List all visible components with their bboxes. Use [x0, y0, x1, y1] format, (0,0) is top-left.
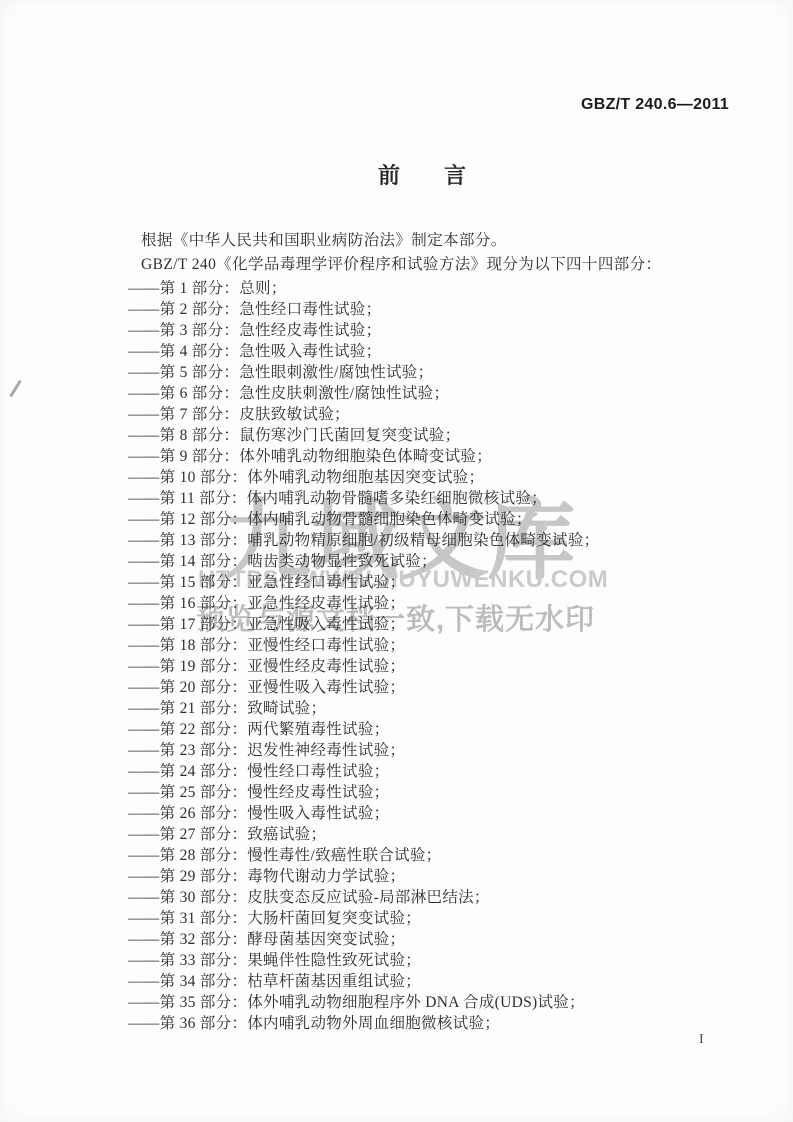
parts-list: ——第 1 部分：总则；——第 2 部分：急性经口毒性试验；——第 3 部分：急… [128, 278, 748, 1034]
list-item: ——第 34 部分：枯草杆菌基因重组试验； [128, 971, 748, 992]
list-item: ——第 19 部分：亚慢性经皮毒性试验； [128, 656, 748, 677]
document-body: 根据《中华人民共和国职业病防治法》制定本部分。 GBZ/T 240《化学品毒理学… [128, 229, 748, 1034]
standard-number: GBZ/T 240.6—2011 [581, 96, 729, 114]
list-item: ——第 8 部分：鼠伤寒沙门氏菌回复突变试验； [128, 425, 748, 446]
list-item: ——第 13 部分：哺乳动物精原细胞/初级精母细胞染色体畸变试验； [128, 530, 748, 551]
list-item: ——第 20 部分：亚慢性吸入毒性试验； [128, 677, 748, 698]
list-item: ——第 25 部分：慢性经皮毒性试验； [128, 782, 748, 803]
list-item: ——第 9 部分：体外哺乳动物细胞染色体畸变试验； [128, 446, 748, 467]
list-item: ——第 5 部分：急性眼刺激性/腐蚀性试验； [128, 362, 748, 383]
list-item: ——第 21 部分：致畸试验； [128, 698, 748, 719]
list-item: ——第 22 部分：两代繁殖毒性试验； [128, 719, 748, 740]
list-item: ——第 11 部分：体内哺乳动物骨髓嗜多染红细胞微核试验； [128, 488, 748, 509]
list-item: ——第 35 部分：体外哺乳动物细胞程序外 DNA 合成(UDS)试验； [128, 992, 748, 1013]
list-item: ——第 17 部分：亚急性吸入毒性试验； [128, 614, 748, 635]
list-item: ——第 27 部分：致癌试验； [128, 824, 748, 845]
list-item: ——第 4 部分：急性吸入毒性试验； [128, 341, 748, 362]
list-item: ——第 6 部分：急性皮肤刺激性/腐蚀性试验； [128, 383, 748, 404]
list-item: ——第 15 部分：亚急性经口毒性试验； [128, 572, 748, 593]
list-item: ——第 32 部分：酵母菌基因突变试验； [128, 929, 748, 950]
list-item: ——第 7 部分：皮肤致敏试验； [128, 404, 748, 425]
list-item: ——第 33 部分：果蝇伴性隐性致死试验； [128, 950, 748, 971]
list-item: ——第 23 部分：迟发性神经毒性试验； [128, 740, 748, 761]
list-item: ——第 3 部分：急性经皮毒性试验； [128, 320, 748, 341]
intro-paragraph-2: GBZ/T 240《化学品毒理学评价程序和试验方法》现分为以下四十四部分： [128, 253, 748, 277]
page-number: I [699, 1032, 704, 1048]
list-item: ——第 24 部分：慢性经口毒性试验； [128, 761, 748, 782]
list-item: ——第 31 部分：大肠杆菌回复突变试验； [128, 908, 748, 929]
list-item: ——第 10 部分：体外哺乳动物细胞基因突变试验； [128, 467, 748, 488]
document-page: 九域文库 HTTPS://WWW.JIUYUWENKU.COM 预览与源文档一致… [0, 0, 793, 1122]
list-item: ——第 1 部分：总则； [128, 278, 748, 299]
page-title: 前 言 [378, 163, 466, 188]
list-item: ——第 30 部分：皮肤变态反应试验-局部淋巴结法； [128, 887, 748, 908]
list-item: ——第 29 部分：毒物代谢动力学试验； [128, 866, 748, 887]
list-item: ——第 16 部分：亚急性经皮毒性试验； [128, 593, 748, 614]
list-item: ——第 14 部分：啮齿类动物显性致死试验； [128, 551, 748, 572]
list-item: ——第 36 部分：体内哺乳动物外周血细胞微核试验； [128, 1013, 748, 1034]
intro-paragraph-1: 根据《中华人民共和国职业病防治法》制定本部分。 [128, 229, 748, 253]
list-item: ——第 28 部分：慢性毒性/致癌性联合试验； [128, 845, 748, 866]
list-item: ——第 18 部分：亚慢性经口毒性试验； [128, 635, 748, 656]
list-item: ——第 2 部分：急性经口毒性试验； [128, 299, 748, 320]
list-item: ——第 26 部分：慢性吸入毒性试验； [128, 803, 748, 824]
scan-pen-mark [9, 380, 22, 398]
list-item: ——第 12 部分：体内哺乳动物骨髓细胞染色体畸变试验； [128, 509, 748, 530]
